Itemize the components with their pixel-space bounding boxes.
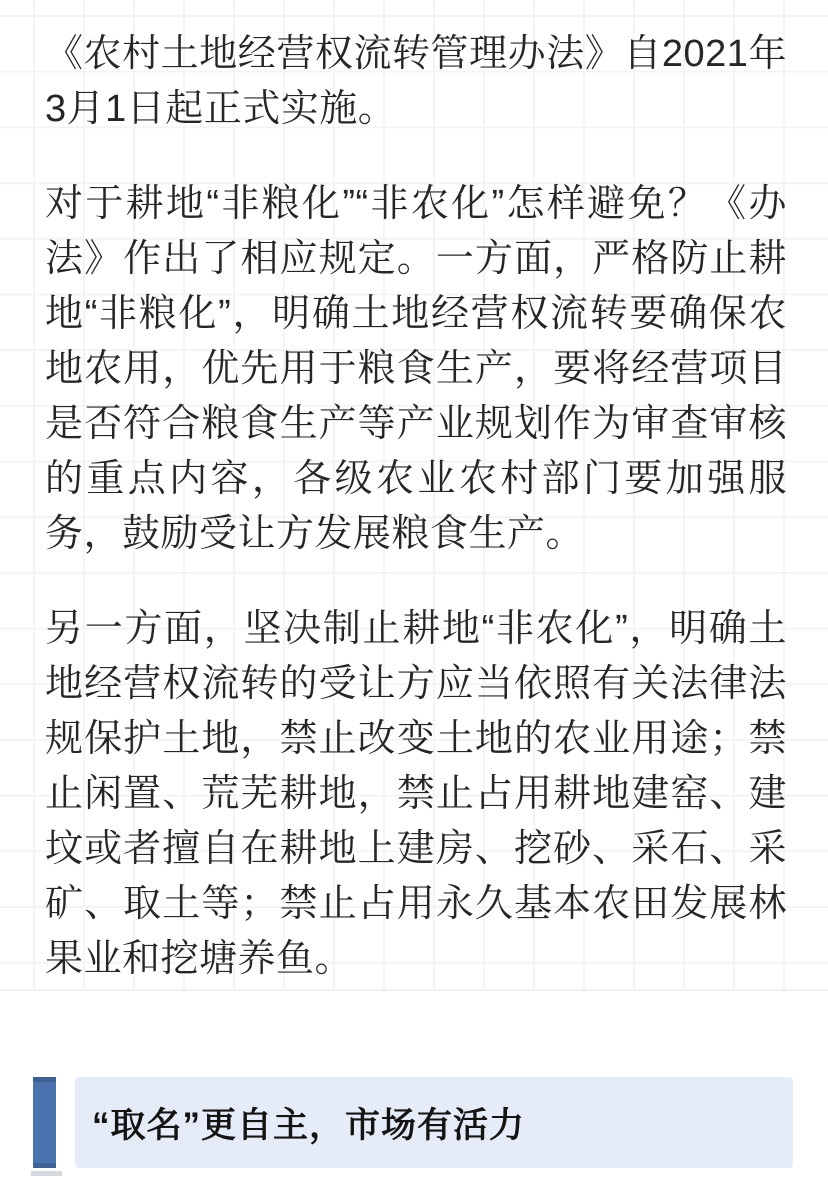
article-paragraph-1: 《农村土地经营权流转管理办法》自2021年3月1日起正式实施。 <box>45 27 787 137</box>
article-paragraph-2: 对于耕地“非粮化”“非农化”怎样避免？《办法》作出了相应规定。一方面，严格防止耕… <box>45 177 787 562</box>
next-section-divider-hint <box>31 1171 62 1176</box>
article-paragraph-3: 另一方面，坚决制止耕地“非农化”，明确土地经营权流转的受让方应当依照有关法律法规… <box>45 602 787 987</box>
article-body: 《农村土地经营权流转管理办法》自2021年3月1日起正式实施。 对于耕地“非粮化… <box>45 27 787 987</box>
article-page: { "theme": { "page_bg": "#ffffff", "grid… <box>0 0 828 1182</box>
section-heading-block: “取名”更自主，市场有活力 <box>33 1077 793 1168</box>
heading-accent-bar <box>33 1077 56 1168</box>
heading-panel: “取名”更自主，市场有活力 <box>75 1077 793 1168</box>
section-heading-title: “取名”更自主，市场有活力 <box>92 1098 525 1148</box>
